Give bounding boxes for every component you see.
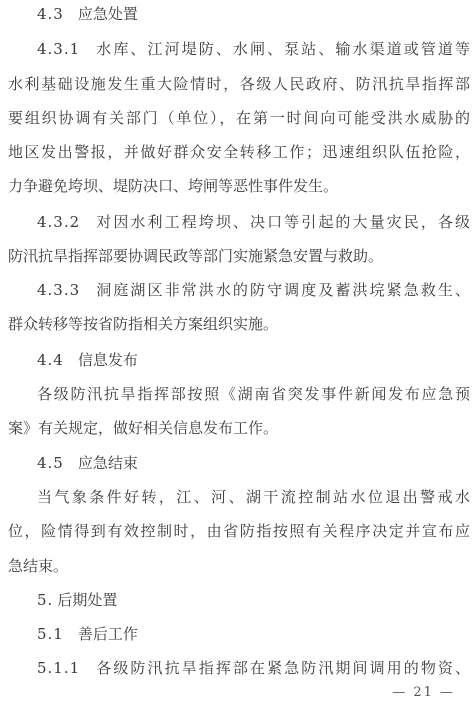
page-number: — 21 — — [392, 685, 455, 700]
section-number: 4.5 — [37, 454, 64, 472]
heading-5: 5.后期处置 — [37, 590, 470, 610]
paragraph-4-4-line-2: 案》有关规定，做好相关信息发布工作。 — [8, 418, 470, 438]
heading-5-1: 5.1善后工作 — [37, 624, 470, 644]
heading-text: 应急处置 — [78, 5, 138, 23]
paragraph-4-3-1-line-4: 地区发出警报，并做好群众安全转移工作；迅速组织队伍抢险， — [8, 142, 470, 162]
paragraph-4-3-3-line-1: 4.3.3洞庭湖区非常洪水的防守调度及蓄洪垸紧急救生、 — [37, 280, 470, 300]
section-number: 4.3.2 — [37, 213, 80, 231]
section-number: 5. — [37, 591, 53, 609]
paragraph-4-5-line-2: 位，险情得到有效控制时，由省防指按照有关程序决定并宣布应 — [8, 521, 470, 541]
section-number: 4.4 — [37, 351, 64, 369]
paragraph-text: 洞庭湖区非常洪水的防守调度及蓄洪垸紧急救生、 — [94, 281, 470, 299]
section-number: 5.1.1 — [37, 659, 80, 677]
paragraph-4-3-1-line-2: 水利基础设施发生重大险情时，各级人民政府、防汛抗旱指挥部 — [8, 74, 470, 94]
section-number: 5.1 — [37, 625, 64, 643]
section-number: 4.3.3 — [37, 281, 80, 299]
paragraph-4-3-2-line-2: 防汛抗旱指挥部要协调民政等部门实施紧急安置与救助。 — [8, 246, 470, 266]
paragraph-text: 对因水利工程垮坝、决口等引起的大量灾民，各级 — [94, 213, 470, 231]
paragraph-4-5-line-3: 急结束。 — [8, 556, 470, 576]
heading-text: 善后工作 — [78, 625, 138, 643]
heading-4-3: 4.3应急处置 — [37, 4, 470, 24]
heading-4-5: 4.5应急结束 — [37, 453, 470, 473]
section-number: 4.3.1 — [37, 40, 80, 58]
paragraph-4-3-3-line-2: 群众转移等按省防指相关方案组织实施。 — [8, 314, 470, 334]
paragraph-4-3-1-line-3: 要组织协调有关部门（单位），在第一时间向可能受洪水威胁的 — [8, 108, 470, 128]
paragraph-4-4-line-1: 各级防汛抗旱指挥部按照《湖南省突发事件新闻发布应急预 — [37, 384, 470, 404]
heading-text: 后期处置 — [57, 591, 117, 609]
paragraph-5-1-1-line-1: 5.1.1各级防汛抗旱指挥部在紧急防汛期间调用的物资、 — [37, 658, 470, 678]
document-page: 4.3应急处置 4.3.1水库、江河堤防、水闸、泵站、输水渠道或管道等 水利基础… — [0, 0, 475, 709]
paragraph-4-5-line-1: 当气象条件好转，江、河、湖干流控制站水位退出警戒水 — [37, 487, 470, 507]
paragraph-text: 各级防汛抗旱指挥部在紧急防汛期间调用的物资、 — [94, 659, 470, 677]
paragraph-4-3-1-line-5: 力争避免垮坝、堤防决口、垮闸等恶性事件发生。 — [8, 176, 470, 196]
paragraph-4-3-1-line-1: 4.3.1水库、江河堤防、水闸、泵站、输水渠道或管道等 — [37, 39, 470, 59]
heading-text: 应急结束 — [78, 454, 138, 472]
section-number: 4.3 — [37, 5, 64, 23]
heading-text: 信息发布 — [78, 351, 138, 369]
paragraph-4-3-2-line-1: 4.3.2对因水利工程垮坝、决口等引起的大量灾民，各级 — [37, 212, 470, 232]
paragraph-text: 水库、江河堤防、水闸、泵站、输水渠道或管道等 — [94, 40, 470, 58]
heading-4-4: 4.4信息发布 — [37, 350, 470, 370]
